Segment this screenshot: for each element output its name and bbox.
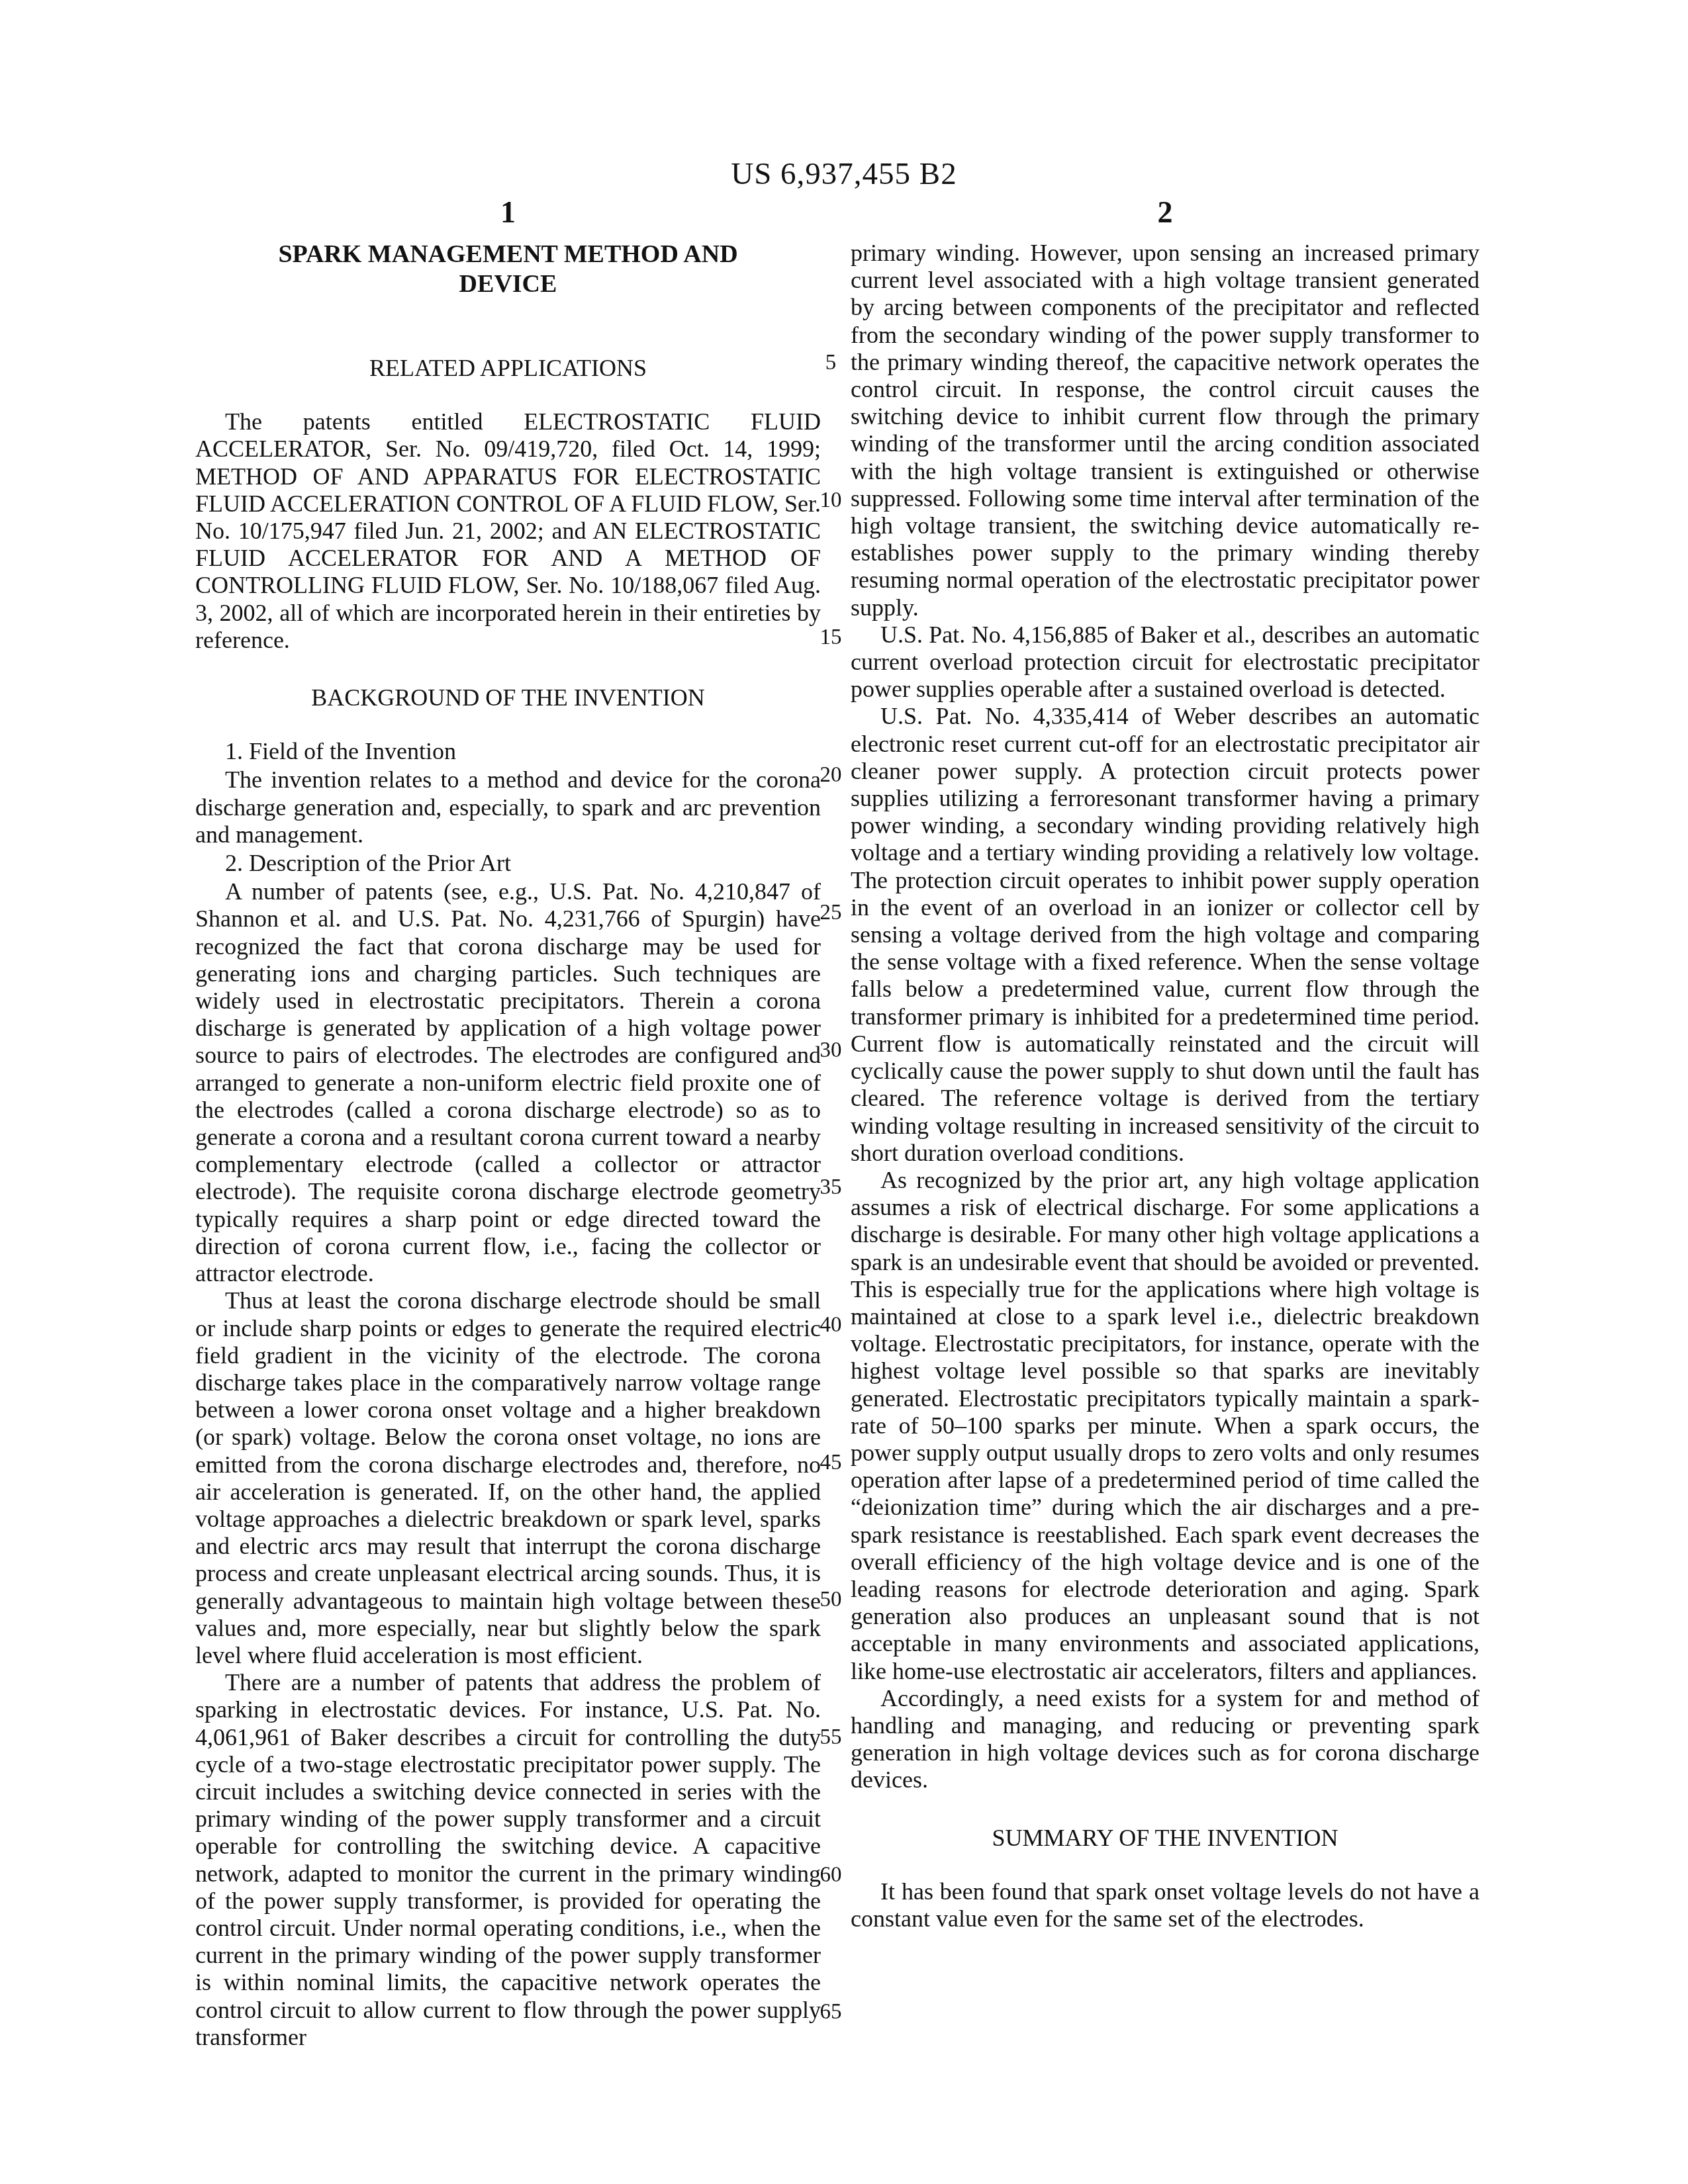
line-number: 55 [809, 1724, 853, 1751]
column-right: primary winding. However, upon sensing a… [851, 240, 1479, 1933]
patent-page: { "header": { "patent_number": "US 6,937… [0, 0, 1688, 2184]
line-number: 60 [809, 1862, 853, 1889]
line-number: 10 [809, 487, 853, 514]
page: US 6,937,455 B2 1 2 SPARK MANAGEMENT MET… [0, 0, 1688, 2184]
patent-number: US 6,937,455 B2 [0, 156, 1688, 192]
section-heading: RELATED APPLICATIONS [195, 355, 821, 382]
section-heading: SUMMARY OF THE INVENTION [851, 1825, 1479, 1852]
section-heading: BACKGROUND OF THE INVENTION [195, 684, 821, 711]
paragraph: The patents entitled ELECTROSTATIC FLUID… [195, 408, 821, 654]
line-number: 40 [809, 1312, 853, 1339]
line-number: 65 [809, 1999, 853, 2026]
line-number: 5 [809, 349, 853, 377]
sub-heading: 1. Field of the Invention [195, 738, 821, 765]
paragraph: The invention relates to a method and de… [195, 766, 821, 848]
paragraph: As recognized by the prior art, any high… [851, 1167, 1479, 1685]
paragraph: There are a number of patents that addre… [195, 1669, 821, 2051]
line-number: 50 [809, 1586, 853, 1614]
paragraph: Thus at least the corona discharge elect… [195, 1287, 821, 1669]
paragraph: It has been found that spark onset volta… [851, 1878, 1479, 1933]
line-number: 35 [809, 1174, 853, 1201]
paragraph: A number of patents (see, e.g., U.S. Pat… [195, 878, 821, 1287]
paragraph-continuation: primary winding. However, upon sensing a… [851, 240, 1479, 621]
invention-title: SPARK MANAGEMENT METHOD AND DEVICE [254, 240, 763, 299]
line-number: 45 [809, 1449, 853, 1477]
paragraph: U.S. Pat. No. 4,335,414 of Weber describ… [851, 703, 1479, 1166]
column-1-page-number: 1 [195, 195, 821, 230]
column-left: SPARK MANAGEMENT METHOD AND DEVICERELATE… [195, 240, 821, 2051]
paragraph: U.S. Pat. No. 4,156,885 of Baker et al.,… [851, 621, 1479, 704]
column-2-page-number: 2 [851, 195, 1479, 230]
sub-heading: 2. Description of the Prior Art [195, 850, 821, 877]
paragraph: Accordingly, a need exists for a system … [851, 1685, 1479, 1794]
line-number: 20 [809, 762, 853, 789]
line-number: 30 [809, 1037, 853, 1064]
line-number: 25 [809, 899, 853, 927]
line-number: 15 [809, 624, 853, 651]
